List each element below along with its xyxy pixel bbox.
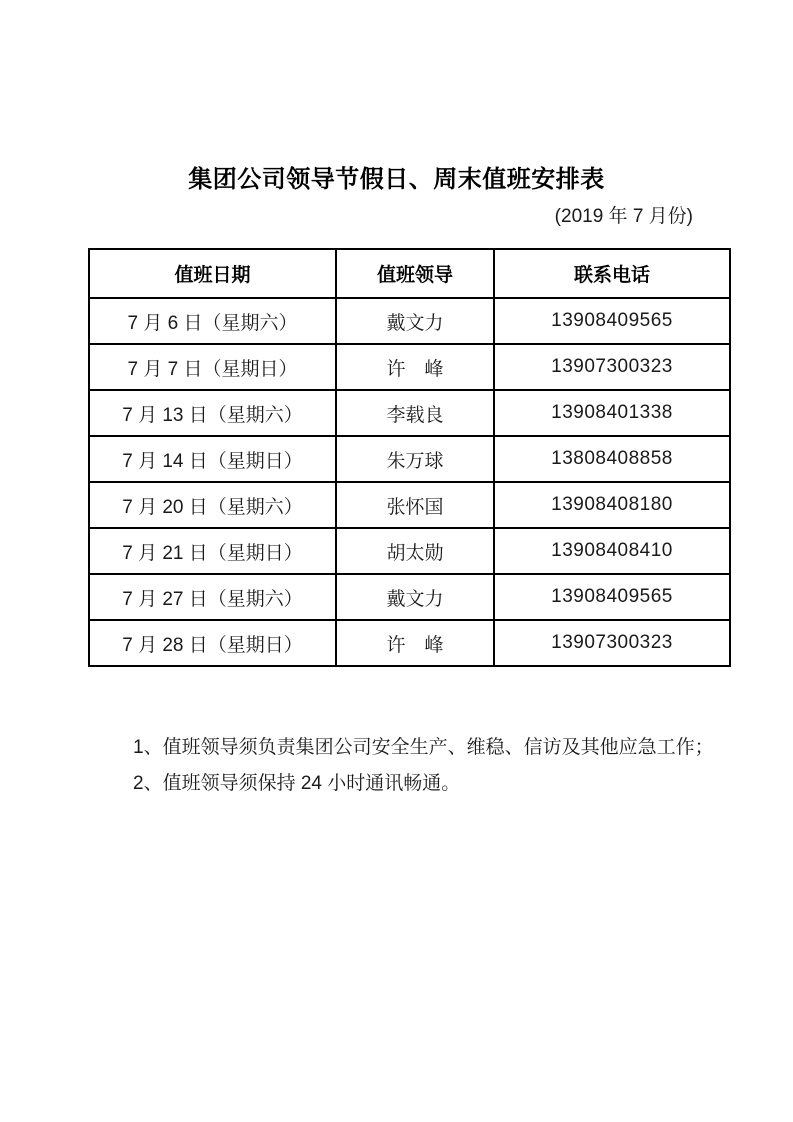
table-row: 7 月 21 日（星期日） 胡太勋 13908408410 xyxy=(89,528,730,574)
cell-date: 7 月 6 日（星期六） xyxy=(89,298,336,344)
table-row: 7 月 13 日（星期六） 李载良 13908401338 xyxy=(89,390,730,436)
header-duty-leader: 值班领导 xyxy=(336,249,494,298)
table-row: 7 月 27 日（星期六） 戴文力 13908409565 xyxy=(89,574,730,620)
cell-date: 7 月 20 日（星期六） xyxy=(89,482,336,528)
cell-phone: 13908409565 xyxy=(494,574,730,620)
cell-phone: 13808408858 xyxy=(494,436,730,482)
cell-phone: 13907300323 xyxy=(494,344,730,390)
page-title: 集团公司领导节假日、周末值班安排表 xyxy=(0,159,793,194)
cell-phone: 13907300323 xyxy=(494,620,730,666)
page-subtitle: (2019 年 7 月份) xyxy=(555,201,693,228)
table-row: 7 月 7 日（星期日） 许 峰 13907300323 xyxy=(89,344,730,390)
cell-leader: 许 峰 xyxy=(336,344,494,390)
cell-leader: 李载良 xyxy=(336,390,494,436)
cell-date: 7 月 13 日（星期六） xyxy=(89,390,336,436)
cell-phone: 13908408180 xyxy=(494,482,730,528)
header-contact-phone: 联系电话 xyxy=(494,249,730,298)
table-row: 7 月 6 日（星期六） 戴文力 13908409565 xyxy=(89,298,730,344)
cell-leader: 戴文力 xyxy=(336,298,494,344)
note-item: 1、值班领导须负责集团公司安全生产、维稳、信访及其他应急工作； xyxy=(133,730,714,766)
cell-date: 7 月 27 日（星期六） xyxy=(89,574,336,620)
table-header-row: 值班日期 值班领导 联系电话 xyxy=(89,249,730,298)
cell-date: 7 月 21 日（星期日） xyxy=(89,528,336,574)
cell-leader: 张怀国 xyxy=(336,482,494,528)
duty-schedule-table: 值班日期 值班领导 联系电话 7 月 6 日（星期六） 戴文力 13908409… xyxy=(88,248,731,667)
cell-leader: 胡太勋 xyxy=(336,528,494,574)
cell-date: 7 月 7 日（星期日） xyxy=(89,344,336,390)
header-duty-date: 值班日期 xyxy=(89,249,336,298)
table-row: 7 月 20 日（星期六） 张怀国 13908408180 xyxy=(89,482,730,528)
cell-date: 7 月 14 日（星期日） xyxy=(89,436,336,482)
cell-leader: 许 峰 xyxy=(336,620,494,666)
note-item: 2、值班领导须保持 24 小时通讯畅通。 xyxy=(133,766,714,802)
cell-date: 7 月 28 日（星期日） xyxy=(89,620,336,666)
cell-phone: 13908401338 xyxy=(494,390,730,436)
cell-phone: 13908408410 xyxy=(494,528,730,574)
table-row: 7 月 14 日（星期日） 朱万球 13808408858 xyxy=(89,436,730,482)
cell-leader: 戴文力 xyxy=(336,574,494,620)
table-row: 7 月 28 日（星期日） 许 峰 13907300323 xyxy=(89,620,730,666)
cell-leader: 朱万球 xyxy=(336,436,494,482)
notes-section: 1、值班领导须负责集团公司安全生产、维稳、信访及其他应急工作； 2、值班领导须保… xyxy=(133,730,714,802)
cell-phone: 13908409565 xyxy=(494,298,730,344)
